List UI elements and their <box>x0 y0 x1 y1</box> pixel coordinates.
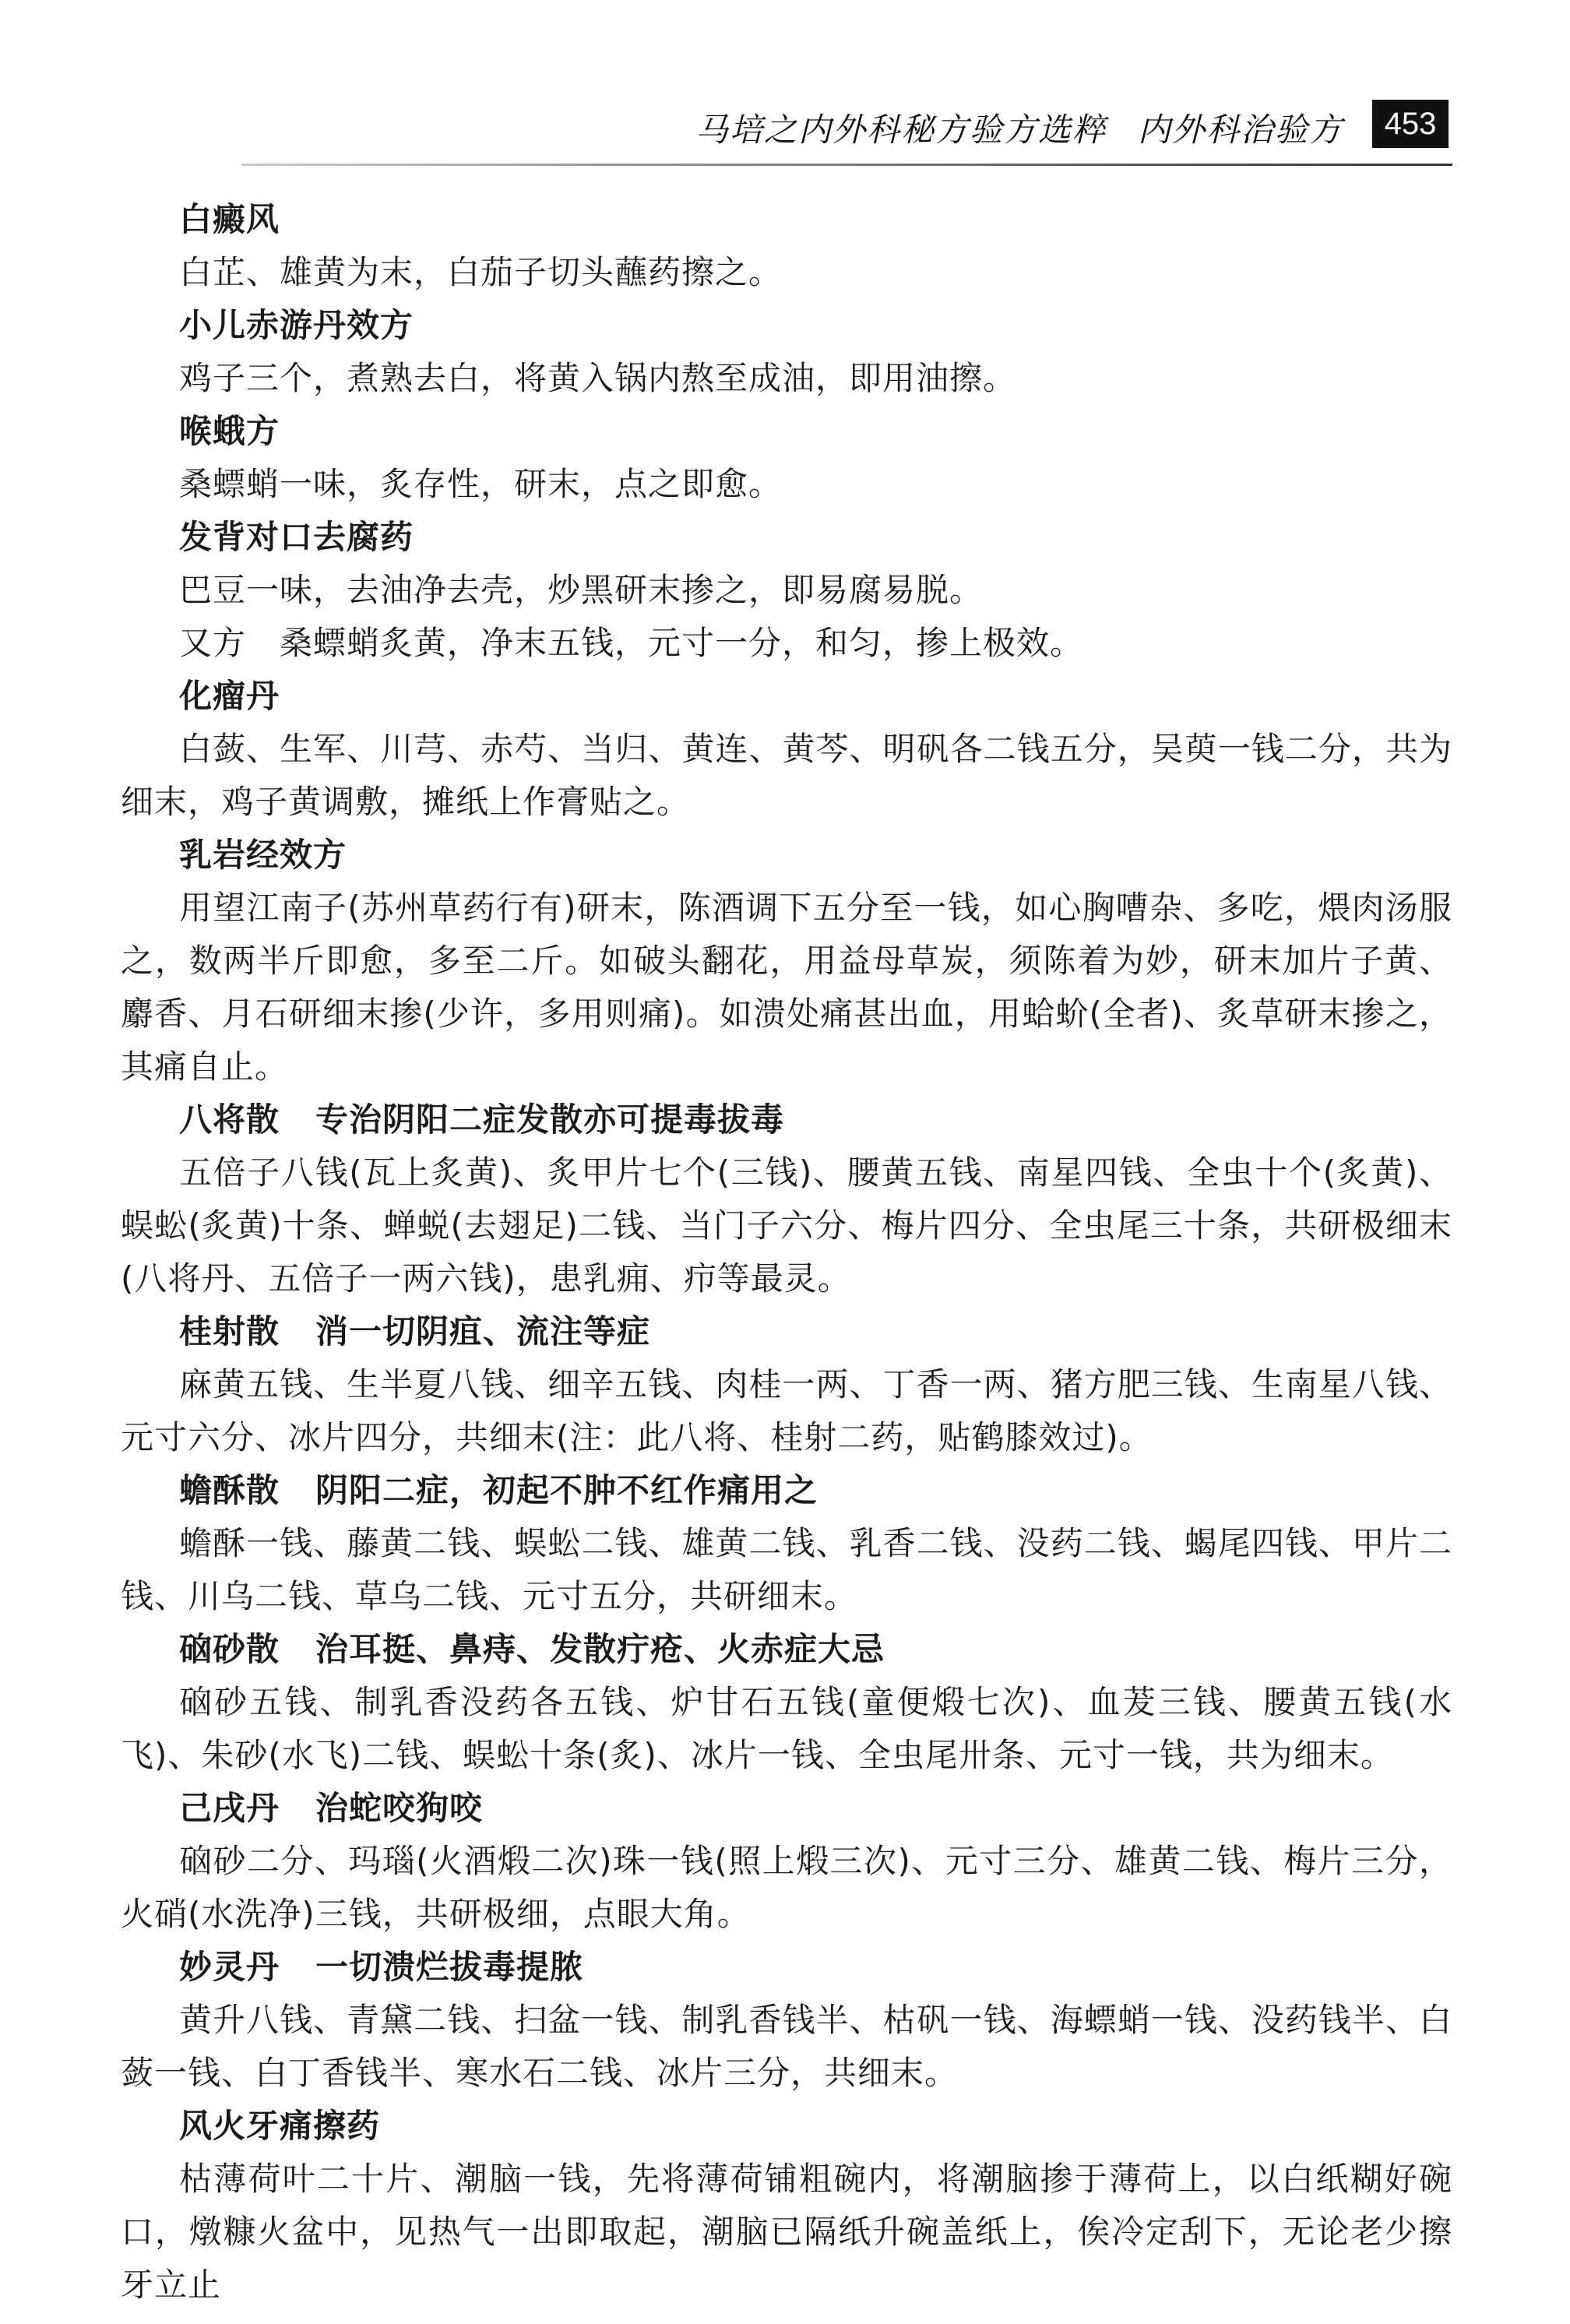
section-title: 发背对口去腐药 <box>121 511 1452 564</box>
formula-name: 蟾酥散 <box>179 1471 280 1509</box>
section-title: 己戌丹治蛇咬狗咬 <box>121 1782 1452 1835</box>
section-title: 喉蛾方 <box>121 405 1452 458</box>
section-title: 乳岩经效方 <box>121 829 1452 882</box>
formula-name: 八将散 <box>179 1100 280 1139</box>
formula-name: 妙灵丹 <box>179 1948 280 1986</box>
formula-indication: 阴阳二症，初起不肿不红作痛用之 <box>315 1471 818 1509</box>
paragraph: 黄升八钱、青黛二钱、扫盆一钱、制乳香钱半、枯矾一钱、海螵蛸一钱、没药钱半、白蔹一… <box>121 1994 1452 2100</box>
section-title: 桂射散消一切阴疽、流注等症 <box>121 1305 1452 1358</box>
formula-indication: 一切溃烂拔毒提脓 <box>315 1948 583 1986</box>
formula-name: 己戌丹 <box>179 1789 280 1827</box>
header-rule <box>241 164 1452 166</box>
section-title: 化瘤丹 <box>121 670 1452 723</box>
paragraph: 五倍子八钱(瓦上炙黄)、炙甲片七个(三钱)、腰黄五钱、南星四钱、全虫十个(炙黄)… <box>121 1146 1452 1305</box>
paragraph: 用望江南子(苏州草药行有)研末，陈酒调下五分至一钱，如心胸嘈杂、多吃，煨肉汤服之… <box>121 882 1452 1093</box>
formula-name: 硇砂散 <box>179 1630 280 1668</box>
paragraph: 硇砂二分、玛瑙(火酒煅二次)珠一钱(照上煅三次)、元寸三分、雄黄二钱、梅片三分，… <box>121 1835 1452 1941</box>
paragraph: 麻黄五钱、生半夏八钱、细辛五钱、肉桂一两、丁香一两、猪方肥三钱、生南星八钱、元寸… <box>121 1358 1452 1464</box>
formula-indication: 消一切阴疽、流注等症 <box>315 1312 650 1350</box>
formula-name: 桂射散 <box>179 1312 280 1350</box>
paragraph: 枯薄荷叶二十片、潮脑一钱，先将薄荷铺粗碗内，将潮脑掺于薄荷上，以白纸糊好碗口，燉… <box>121 2153 1452 2312</box>
paragraph: 白蔹、生军、川芎、赤芍、当归、黄连、黄芩、明矾各二钱五分，吴萸一钱二分，共为细末… <box>121 723 1452 829</box>
section-title: 白癜风 <box>121 193 1452 246</box>
paragraph: 鸡子三个，煮熟去白，将黄入锅内熬至成油，即用油擦。 <box>121 352 1452 405</box>
paragraph: 白芷、雄黄为末，白茄子切头蘸药擦之。 <box>121 246 1452 299</box>
paragraph: 蟾酥一钱、藤黄二钱、蜈蚣二钱、雄黄二钱、乳香二钱、没药二钱、蝎尾四钱、甲片二钱、… <box>121 1517 1452 1623</box>
section-title: 硇砂散治耳挺、鼻痔、发散疔疮、火赤症大忌 <box>121 1623 1452 1676</box>
paragraph: 桑螵蛸一味，炙存性，研末，点之即愈。 <box>121 458 1452 511</box>
section-title: 小儿赤游丹效方 <box>121 299 1452 352</box>
formula-indication: 治耳挺、鼻痔、发散疔疮、火赤症大忌 <box>315 1630 885 1668</box>
running-header: 马培之内外科秘方验方选粹内外科治验方 453 <box>0 100 1449 159</box>
chapter-title: 内外科治验方 <box>1138 111 1343 149</box>
page-number: 453 <box>1372 100 1449 148</box>
paragraph: 巴豆一味，去油净去壳，炒黑研末掺之，即易腐易脱。 <box>121 564 1452 617</box>
section-title: 八将散专治阴阳二症发散亦可提毒拔毒 <box>121 1093 1452 1146</box>
paragraph: 又方 桑螵蛸炙黄，净末五钱，元寸一分，和匀，掺上极效。 <box>121 617 1452 670</box>
formula-indication: 专治阴阳二症发散亦可提毒拔毒 <box>315 1100 784 1139</box>
section-title: 妙灵丹一切溃烂拔毒提脓 <box>121 1941 1452 1994</box>
paragraph: 硇砂五钱、制乳香没药各五钱、炉甘石五钱(童便煅七次)、血茇三钱、腰黄五钱(水飞)… <box>121 1676 1452 1782</box>
book-title: 马培之内外科秘方验方选粹 <box>695 111 1107 149</box>
section-title: 风火牙痛擦药 <box>121 2100 1452 2153</box>
page-body: 白癜风 白芷、雄黄为末，白茄子切头蘸药擦之。 小儿赤游丹效方 鸡子三个，煮熟去白… <box>121 193 1452 2312</box>
header-title: 马培之内外科秘方验方选粹内外科治验方 <box>695 104 1343 151</box>
section-title: 蟾酥散阴阳二症，初起不肿不红作痛用之 <box>121 1464 1452 1517</box>
formula-indication: 治蛇咬狗咬 <box>315 1789 483 1827</box>
